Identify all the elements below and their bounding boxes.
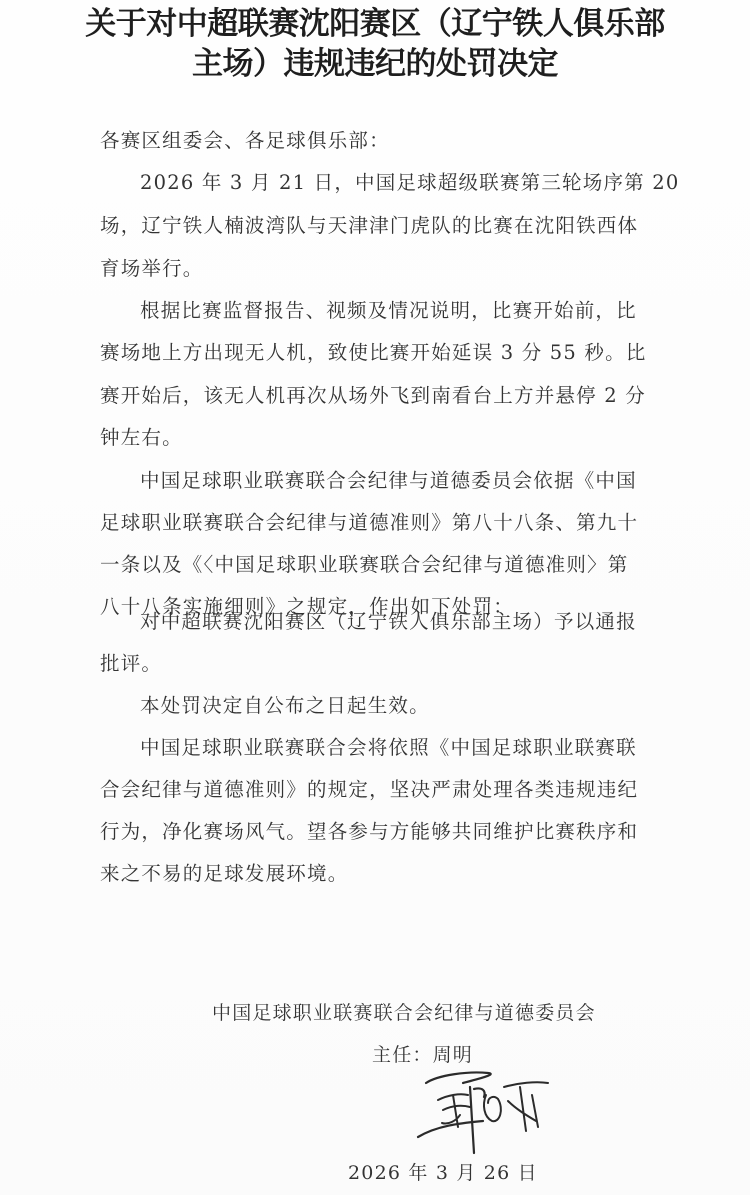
paragraph-6-line-4: 来之不易的足球发展环境。: [100, 861, 348, 887]
paragraph-4-line-2: 批评。: [100, 651, 162, 677]
issuing-organization: 中国足球职业联赛联合会纪律与道德委员会: [212, 998, 596, 1025]
paragraph-4-line-1: 对中超联赛沈阳赛区（辽宁铁人俱乐部主场）予以通报: [140, 609, 637, 635]
document-title-line-2: 主场）违规违纪的处罚决定: [60, 44, 690, 84]
document-page: 关于对中超联赛沈阳赛区（辽宁铁人俱乐部 主场）违规违纪的处罚决定 各赛区组委会、…: [0, 0, 750, 1195]
paragraph-2-line-2: 赛场地上方出现无人机，致使比赛开始延误 3 分 55 秒。比: [100, 340, 647, 366]
paragraph-3-line-2: 足球职业联赛联合会纪律与道德准则》第八十八条、第九十: [100, 510, 638, 536]
paragraph-6-line-3: 行为，净化赛场风气。望各参与方能够共同维护比赛秩序和: [100, 819, 638, 845]
paragraph-2-line-1: 根据比赛监督报告、视频及情况说明，比赛开始前，比: [140, 298, 637, 324]
paragraph-5-line-1: 本处罚决定自公布之日起生效。: [140, 693, 430, 719]
handwritten-signature: [408, 1065, 558, 1165]
paragraph-1-line-3: 育场举行。: [100, 256, 204, 282]
document-date: 2026 年 3 月 26 日: [348, 1158, 538, 1185]
salutation: 各赛区组委会、各足球俱乐部：: [100, 128, 390, 154]
paragraph-3-line-3: 一条以及《〈中国足球职业联赛联合会纪律与道德准则〉第: [100, 552, 628, 578]
director-name: 主任：周明: [372, 1040, 473, 1067]
paragraph-2-line-4: 钟左右。: [100, 425, 183, 451]
paragraph-1-line-2: 场，辽宁铁人楠波湾队与天津津门虎队的比赛在沈阳铁西体: [100, 213, 638, 239]
paragraph-1-line-1: 2026 年 3 月 21 日，中国足球超级联赛第三轮场序第 20: [140, 170, 679, 196]
paragraph-2-line-3: 赛开始后，该无人机再次从场外飞到南看台上方并悬停 2 分: [100, 383, 646, 409]
paragraph-6-line-1: 中国足球职业联赛联合会将依照《中国足球职业联赛联: [140, 735, 637, 761]
paragraph-3-line-1: 中国足球职业联赛联合会纪律与道德委员会依据《中国: [140, 468, 637, 494]
document-title-line-1: 关于对中超联赛沈阳赛区（辽宁铁人俱乐部: [60, 4, 690, 44]
paragraph-6-line-2: 合会纪律与道德准则》的规定，坚决严肃处理各类违规违纪: [100, 777, 638, 803]
